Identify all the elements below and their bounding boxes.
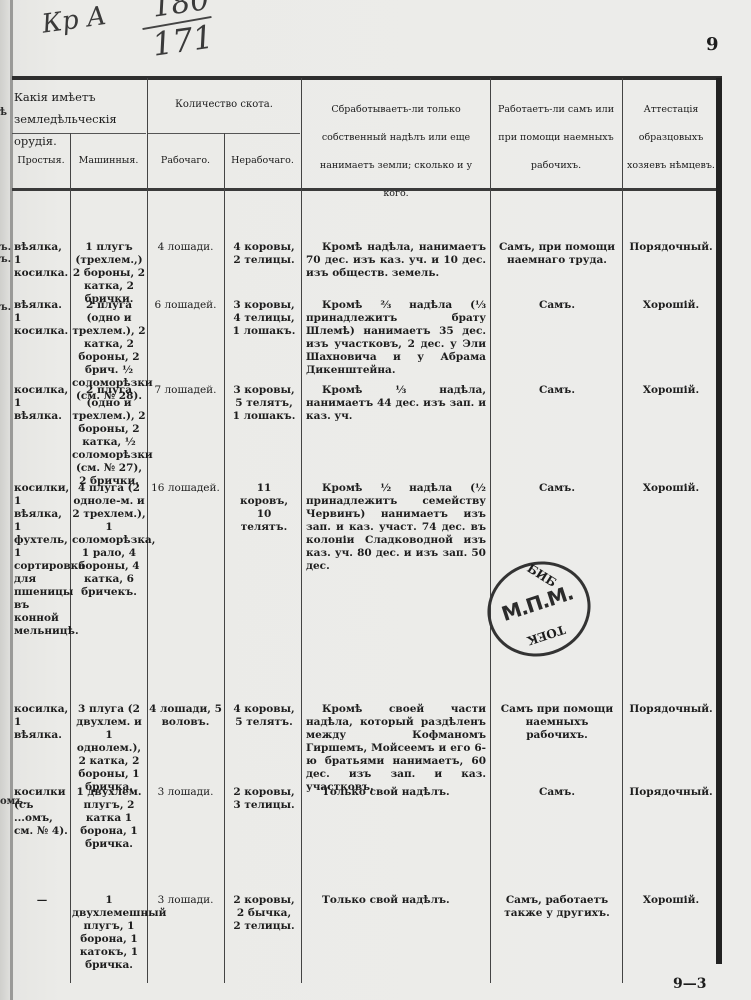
row3-working-livestock: 7 лошадей. bbox=[149, 384, 222, 397]
margin-fragment: ѣ bbox=[0, 107, 7, 119]
row1-simple-tools: вѣялка, 1 косилка. bbox=[14, 241, 70, 280]
header-livestock-nonworking: Нерабочаго. bbox=[224, 150, 301, 172]
row3-land: Кромѣ ⅓ надѣла, нанимаетъ 44 дес. изъ за… bbox=[306, 384, 486, 423]
row4-attestation: Хорошій. bbox=[624, 482, 718, 495]
row6-nonworking-livestock: 2 коровы, 3 телицы. bbox=[232, 786, 296, 812]
row4-machine-tools: 4 плуга (2 одноле-м. и 2 трехлем.), 1 со… bbox=[72, 482, 146, 599]
header-livestock-group: Количество скота. bbox=[147, 94, 301, 116]
row5-attestation: Порядочный. bbox=[624, 703, 718, 716]
row3-attestation: Хорошій. bbox=[624, 384, 718, 397]
col-divider-machine-working bbox=[147, 78, 148, 983]
row7-land: Только свой надѣлъ. bbox=[322, 894, 486, 907]
row7-labor: Самъ, работаетъ также у другихъ. bbox=[494, 894, 620, 920]
row5-land: Кромѣ своей части надѣла, который раздѣл… bbox=[306, 703, 486, 794]
row7-machine-tools: 1 двухлемешный плугъ, 1 борона, 1 катокъ… bbox=[72, 894, 146, 972]
margin-fragment: ъ. bbox=[0, 254, 11, 266]
footer-signature: 9—3 bbox=[673, 976, 706, 992]
col-divider-simple-machine bbox=[70, 133, 71, 983]
col-divider-working-nonworking bbox=[224, 133, 225, 983]
row5-simple-tools: косилка, 1 вѣялка. bbox=[14, 703, 70, 742]
row2-attestation: Хорошій. bbox=[624, 299, 718, 312]
row4-simple-tools: косилки, 1 вѣялка, 1 фухтель, 1 сортиров… bbox=[14, 482, 70, 638]
col-divider-nonworking-land bbox=[301, 78, 302, 983]
row6-land: Только свой надѣлъ. bbox=[322, 786, 486, 799]
row6-labor: Самъ. bbox=[494, 786, 620, 799]
handwritten-archive-prefix: Кр А bbox=[40, 1, 108, 40]
row2-working-livestock: 6 лошадей. bbox=[149, 299, 222, 312]
page-number: 9 bbox=[706, 34, 719, 55]
margin-fragment: ъ. bbox=[0, 242, 11, 254]
row6-machine-tools: 1 двухлем. плугъ, 2 катка 1 борона, 1 бр… bbox=[72, 786, 146, 851]
row7-nonworking-livestock: 2 коровы, 2 бычка, 2 телицы. bbox=[232, 894, 296, 933]
row6-simple-tools: косилки (съ ...омъ, см. № 4). bbox=[14, 786, 70, 838]
margin-fragment: ъ. bbox=[0, 302, 11, 314]
header-tools-machine: Машинныя. bbox=[70, 150, 147, 172]
header-tools-simple: Простыя. bbox=[12, 150, 70, 172]
header-labor: Работаетъ-ли самъ или при помощи наемных… bbox=[494, 96, 618, 180]
library-stamp: БИБ М.П.М. ТОЕК bbox=[475, 548, 603, 670]
row1-attestation: Порядочный. bbox=[624, 241, 718, 254]
row1-working-livestock: 4 лошади. bbox=[149, 241, 222, 254]
stamp-ring-text-bottom: ТОЕК bbox=[525, 622, 567, 648]
row4-nonworking-livestock: 11 коровъ, 10 телятъ. bbox=[232, 482, 296, 534]
row2-labor: Самъ. bbox=[494, 299, 620, 312]
stamp-center-text: М.П.М. bbox=[498, 580, 576, 626]
handwritten-fraction-bottom: 171 bbox=[150, 17, 216, 63]
row3-machine-tools: 2 плуга (одно и трехлем.), 2 бороны, 2 к… bbox=[72, 384, 146, 488]
header-tools-group: Какія имѣетъ земледѣльческія орудія. bbox=[14, 86, 146, 152]
row3-nonworking-livestock: 3 коровы, 5 телятъ, 1 лошакъ. bbox=[232, 384, 296, 423]
document-page: Кр А 180 171 9 ѣ ъ. ъ. ъ. омъ. Какія имѣ… bbox=[0, 0, 751, 1000]
row6-attestation: Порядочный. bbox=[624, 786, 718, 799]
row5-machine-tools: 3 плуга (2 двухлем. и 1 однолем.), 2 кат… bbox=[72, 703, 146, 794]
row1-labor: Самъ, при помощи наемнаго труда. bbox=[494, 241, 620, 267]
row7-working-livestock: 3 лошади. bbox=[149, 894, 222, 907]
table-right-border bbox=[716, 78, 722, 964]
row7-attestation: Хорошій. bbox=[624, 894, 718, 907]
row3-simple-tools: косилка, 1 вѣялка. bbox=[14, 384, 70, 423]
row2-nonworking-livestock: 3 коровы, 4 телицы, 1 лошакъ. bbox=[232, 299, 296, 338]
header-land: Сбработываетъ-ли только собственный надѣ… bbox=[306, 96, 486, 208]
header-livestock-working: Рабочаго. bbox=[147, 150, 224, 172]
row4-land: Кромѣ ½ надѣла (½ принадлежитъ семейству… bbox=[306, 482, 486, 573]
col-divider-land-labor bbox=[490, 78, 491, 983]
row5-nonworking-livestock: 4 коровы, 5 телятъ. bbox=[232, 703, 296, 729]
row2-simple-tools: вѣялка. 1 косилка. bbox=[14, 299, 70, 338]
row5-working-livestock: 4 лошади, 5 воловъ. bbox=[149, 703, 222, 729]
row4-labor: Самъ. bbox=[494, 482, 620, 495]
col-divider-labor-attestation bbox=[622, 78, 623, 983]
row1-machine-tools: 1 плугъ (трехлем.,) 2 бороны, 2 катка, 2… bbox=[72, 241, 146, 306]
row7-simple-tools: — bbox=[14, 894, 70, 907]
row1-land: Кромѣ надѣла, нанимаетъ 70 дес. изъ каз.… bbox=[306, 241, 486, 280]
row5-labor: Самъ при помощи наемныхъ рабочихъ. bbox=[494, 703, 620, 742]
table-top-rule bbox=[12, 76, 722, 80]
row1-nonworking-livestock: 4 коровы, 2 телицы. bbox=[232, 241, 296, 267]
row4-working-livestock: 16 лошадей. bbox=[149, 482, 222, 495]
row6-working-livestock: 3 лошади. bbox=[149, 786, 222, 799]
header-attestation: Аттестація образцовыхъ хозяевъ нѣмцевъ. bbox=[626, 96, 716, 180]
row2-land: Кромѣ ⅔ надѣла (⅓ принадлежитъ брату Шле… bbox=[306, 299, 486, 377]
row3-labor: Самъ. bbox=[494, 384, 620, 397]
